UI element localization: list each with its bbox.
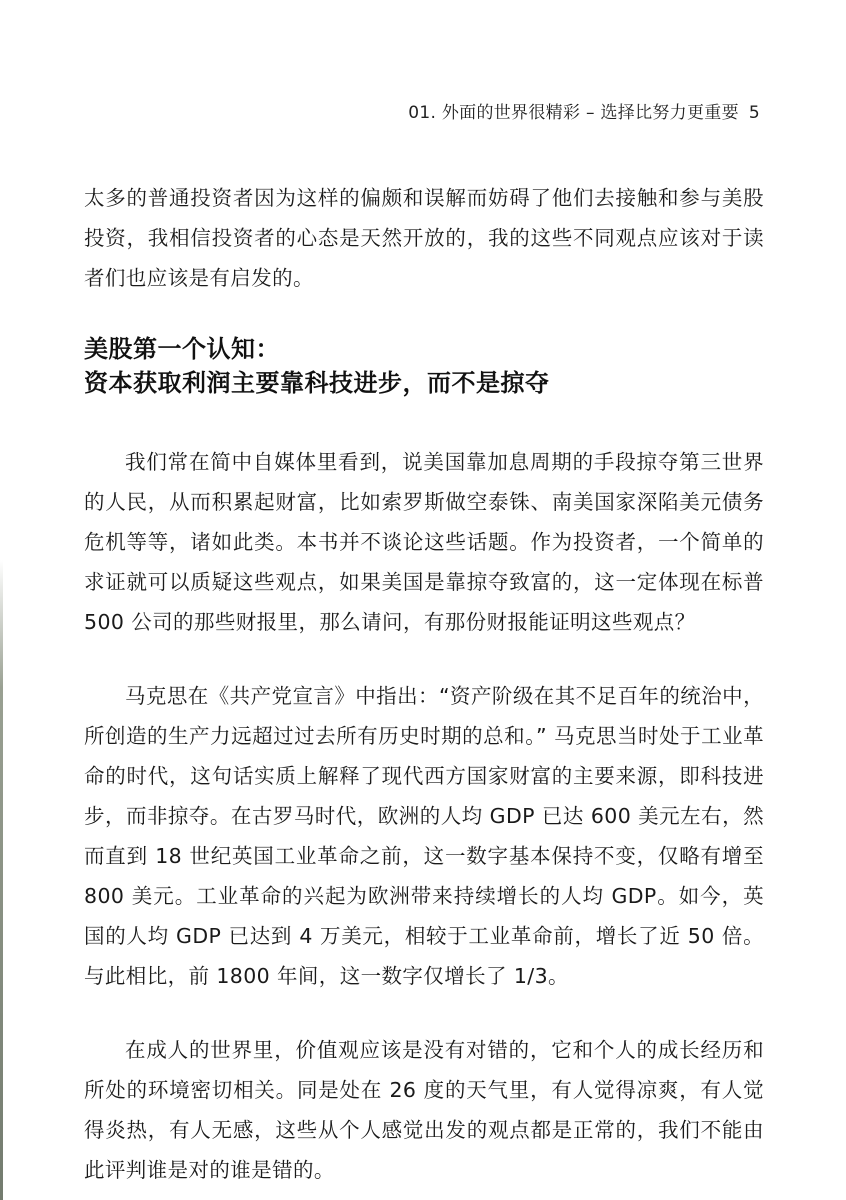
chapter-title: 01. 外面的世界很精彩 – 选择比努力更重要 [408, 103, 739, 123]
scanned-page-edge [0, 560, 3, 1200]
section-heading-line-1: 美股第一个认知： [84, 332, 764, 366]
section-heading-line-2: 资本获取利润主要靠科技进步，而不是掠夺 [84, 366, 764, 400]
page-number: 5 [749, 103, 760, 123]
section-heading: 美股第一个认知： 资本获取利润主要靠科技进步，而不是掠夺 [84, 332, 764, 400]
body-paragraph-3: 在成人的世界里，价值观应该是没有对错的，它和个人的成长经历和所处的环境密切相关。… [84, 1030, 764, 1190]
running-header: 01. 外面的世界很精彩 – 选择比努力更重要5 [408, 98, 760, 123]
body-paragraph-2: 马克思在《共产党宣言》中指出：“资产阶级在其不足百年的统治中，所创造的生产力远超… [84, 676, 764, 996]
page-body: 太多的普通投资者因为这样的偏颇和误解而妨碍了他们去接触和参与美股投资，我相信投资… [84, 178, 764, 1190]
body-paragraph-1: 我们常在简中自媒体里看到，说美国靠加息周期的手段掠夺第三世界的人民，从而积累起财… [84, 442, 764, 642]
intro-paragraph: 太多的普通投资者因为这样的偏颇和误解而妨碍了他们去接触和参与美股投资，我相信投资… [84, 178, 764, 298]
